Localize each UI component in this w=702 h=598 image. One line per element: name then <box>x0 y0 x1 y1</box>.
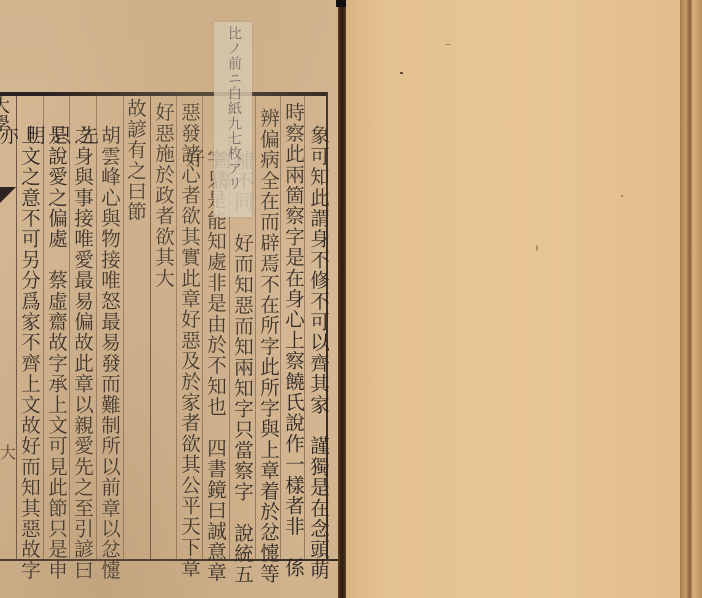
text-column-11: 是說愛之偏處 蔡虛齋故字承上文可見此節只是申明 <box>45 125 67 598</box>
text-column-1: 象可知此謂身不修不可以齊其家 謹獨是在念頭萌 <box>307 125 329 580</box>
column-rule <box>69 96 70 559</box>
column-rule <box>176 96 177 559</box>
paper-speck <box>621 195 623 197</box>
paper-speck <box>400 72 403 74</box>
paper-speck <box>536 245 538 251</box>
column-rule <box>280 96 281 559</box>
column-rule <box>96 96 97 559</box>
section-heading: 故諺有之曰節 <box>124 98 146 222</box>
margin-title: 大學 <box>0 96 12 132</box>
text-column-7: 好惡施於政者欲其大 <box>152 102 174 288</box>
frame-top-border <box>0 92 327 96</box>
text-column-2: 時察此兩箇察字是在身心上察饒氏說作一樣者非 係 <box>282 102 304 578</box>
column-rule <box>16 96 17 559</box>
paper-slip-note: 比ノ前ニ白紙九七枚アリ <box>222 26 244 191</box>
text-column-6: 惡發諸心者欲其實此章好惡及於家者欲其公平天下章 <box>178 102 200 578</box>
text-column-9: 胡雲峰心與物接唯怒最易發而難制所以前章以忿懥先 <box>98 125 120 598</box>
right-page-blank <box>346 0 680 598</box>
text-column-12: 上文之意不可另分爲家不齊上文故好而知其惡故字亦 <box>18 125 40 598</box>
paper-speck <box>446 44 450 45</box>
margin-mark: 大 <box>0 440 16 463</box>
left-page: 象可知此謂身不修不可以齊其家 謹獨是在念頭萌 時察此兩箇察字是在身心上察饒氏說作… <box>0 0 340 598</box>
page-edges <box>680 0 702 598</box>
column-rule <box>43 96 44 559</box>
text-column-10: 之身與事接唯愛最易偏故此章以親愛先之至引諺曰只 <box>71 125 93 598</box>
text-column-4: 補不同 好而知惡而知兩知字只當察字 說統五箇辟 <box>231 150 253 598</box>
text-column-3: 辨偏病全在而辟焉不在所字此所字與上章着於忿懥等 <box>257 108 279 584</box>
column-rule <box>255 96 256 559</box>
fish-tail-mark <box>0 187 16 203</box>
column-rule <box>150 96 151 559</box>
